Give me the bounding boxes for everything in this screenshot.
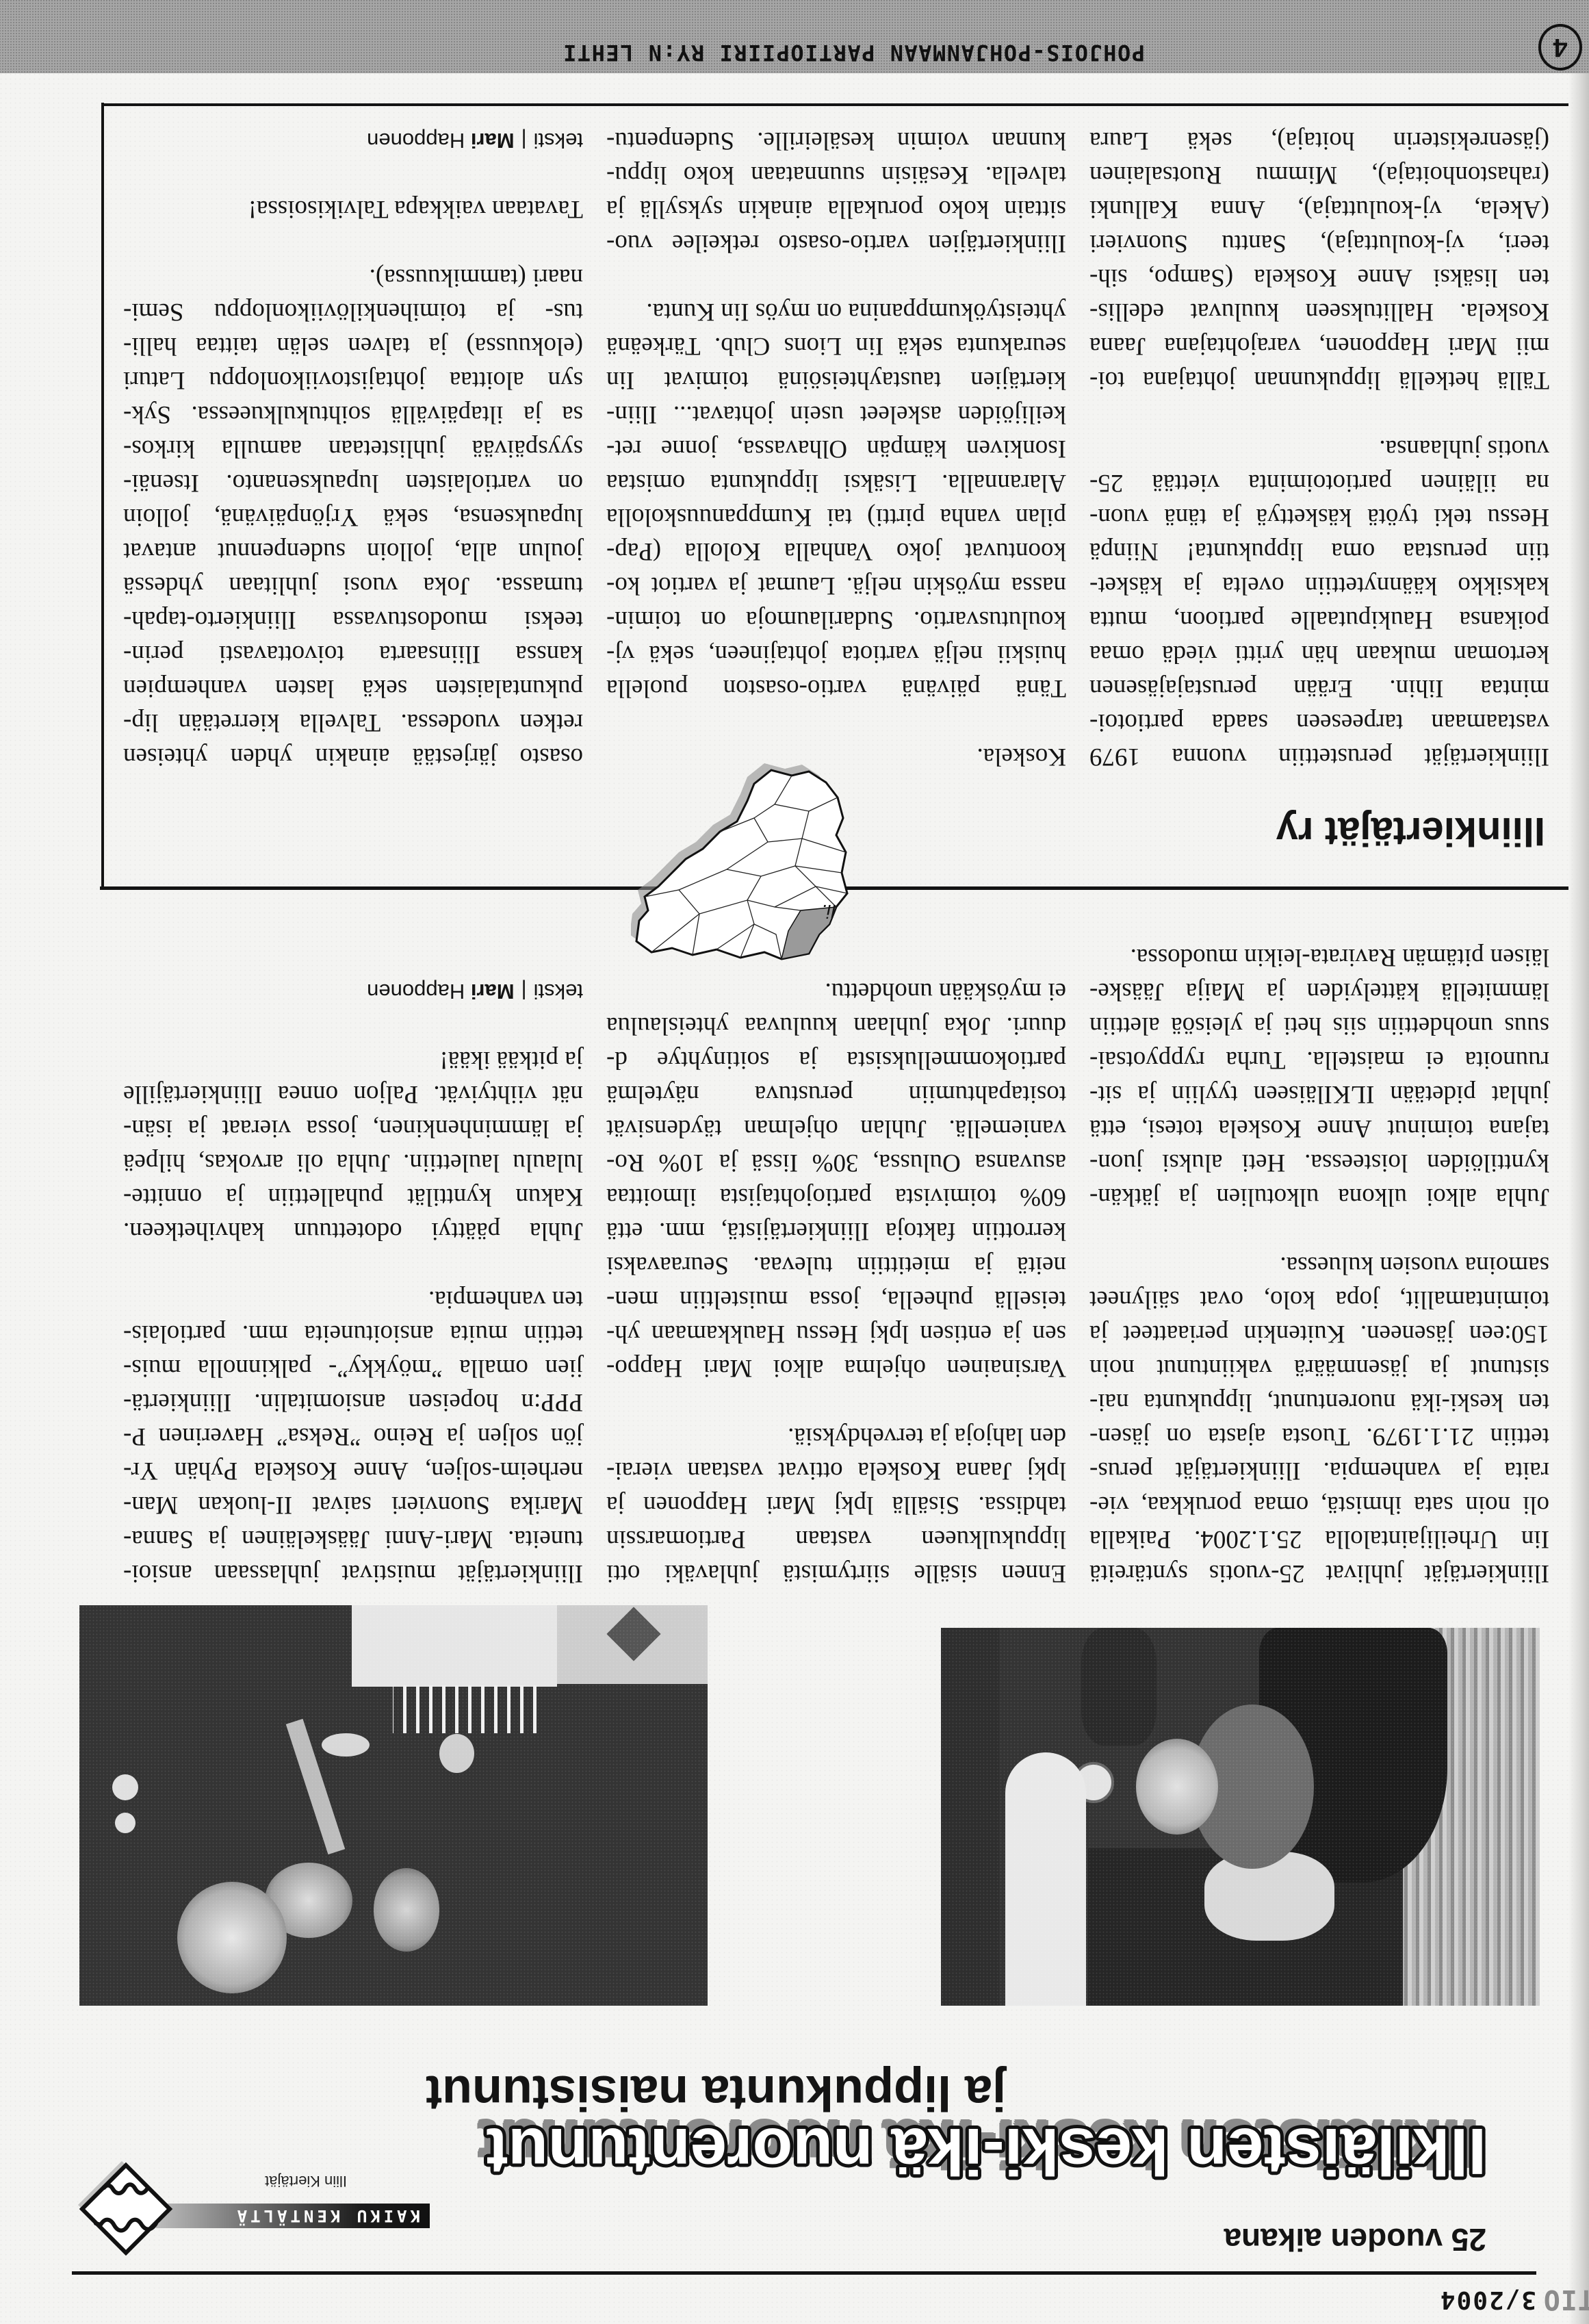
scan-edge-shadow	[1568, 72, 1589, 2324]
page-number: 4	[1538, 24, 1582, 71]
text-line: jönsoljenjaReino”Reksa”HaverinenP-	[123, 1419, 583, 1453]
face	[177, 1882, 287, 1993]
text-line: partiokommelluksistajasoitinyhtyed-	[606, 1043, 1066, 1077]
closing-line: Tavataan vaikkapa Talvikisoissa!	[123, 192, 583, 226]
hand	[439, 1734, 474, 1773]
region-map-icon	[631, 763, 857, 962]
text-line: joulunalla,jolloinsudenpennutantavat	[123, 534, 583, 568]
text-line: ei myöskään unohdettu.	[606, 974, 1066, 1008]
map-label: Ii.	[821, 902, 836, 921]
header-rule	[72, 2271, 1536, 2275]
text-line: koontuvatjokoVanhallaKololla(Pap-	[606, 534, 1066, 568]
text-line: suusunohdettiinsiishetijayleisöäalettiin	[1089, 1008, 1549, 1043]
paragraph-gap	[606, 705, 1066, 739]
text-line: kanssaIliinsaartatoivottavastiperin-	[123, 637, 583, 671]
byline-author-first: Mari	[471, 129, 515, 153]
text-line: tus-jatoimihenkilöviikonloppuSemi-	[123, 294, 583, 329]
text-line: raitajavanhempia.Iliinkiertäjätperus-	[1089, 1453, 1549, 1487]
text-line: Koskela.	[606, 739, 1066, 774]
text-line: tumassa.Jokavuosijuhlitaanyhdessä	[123, 568, 583, 602]
text-line: juhlatpidetäänILKIläiseentyyliinjasit-	[1089, 1077, 1549, 1111]
text-line: 150:eenjäseneen.Kuitenkinperiaatteetja	[1089, 1316, 1549, 1351]
section-logo-label: KAIKU KENTÄLTÄ	[234, 2204, 420, 2228]
paragraph-gap	[123, 157, 583, 192]
text-line: nassamyöskinneljä.Laumatjavartiotko-	[606, 568, 1066, 602]
light-sleeve	[1005, 1752, 1086, 2006]
face	[374, 1868, 439, 1952]
paragraph-gap	[1089, 397, 1549, 431]
paragraph-gap	[1089, 1214, 1549, 1248]
cake	[352, 1605, 557, 1687]
text-line: sajailtapäivälläsoihtukulkueessa.Syk-	[123, 397, 583, 431]
text-line: lupauksensa,sekäYrjönpäivänä,jolloin	[123, 500, 583, 534]
byline-author-last: Happonen	[367, 980, 465, 1004]
section-logo-bar: KAIKU KENTÄLTÄ	[156, 2204, 430, 2228]
text-line: huiskiineljävartiotajohtajineen,sekävj-	[606, 637, 1066, 671]
text-line: jalämminhenkinen,jossavieraatjaisän-	[123, 1111, 583, 1145]
info-box-byline: teksti|Mari Happonen	[123, 123, 583, 157]
text-line: 60%toimivistapartiojohtajistailmoittaa	[606, 1179, 1066, 1214]
text-line: sittainkokoporukallaainakinsyksylläja	[606, 192, 1066, 226]
text-line: duuri.Jokajuhlaankuuluvaayhteislaulua	[606, 1008, 1066, 1043]
photo-scouts-greeting	[941, 1628, 1540, 2006]
text-line: yhteistyökumppanina on myös Iin Kunta.	[606, 294, 1066, 329]
section-logo-group: Iliin Kiertäjät	[265, 2173, 347, 2188]
text-line: Koskela.Hallitukseenkuuluvatedellis-	[1089, 294, 1549, 329]
article-byline: teksti|Mari Happonen	[123, 974, 583, 1008]
text-line: tettiinmuitaansioituneitamm.partiolais-	[123, 1316, 583, 1351]
text-line: keilijöidenaskeleetuseinjohtavat...Iliin…	[606, 397, 1066, 431]
text-line: naari (tammikuussa).	[123, 260, 583, 294]
text-line: IsonkivenkämpänOlhavassa,jonneret-	[606, 431, 1066, 465]
issue-number: 3/2004	[1439, 2287, 1536, 2312]
text-line: Juhlaalkoiulkonaulkotulienjajätkän-	[1089, 1179, 1549, 1214]
text-line: koulutusvartio.Sudarilaumojaontoimin-	[606, 602, 1066, 637]
text-line: neitäjamietittiintulevaa.Seuraavaksi	[606, 1248, 1066, 1282]
text-line: lpkjJaanaKoskelaottivatvastaanvierai-	[606, 1453, 1066, 1487]
article-column-2: Ennensisällesiirtymistäjuhlaväkiotti lip…	[606, 974, 1066, 1590]
text-line: Iliinkiertäjienvartio-osastoretkeileevuo…	[606, 226, 1066, 260]
badge	[112, 1774, 138, 1800]
text-line: olinoinsataihmistä,omaaporukkaa,vie-	[1089, 1487, 1549, 1522]
diamond-waves-icon	[78, 2160, 174, 2256]
text-line: tenkeski-ikänuorentunut,lippukuntanai-	[1089, 1385, 1549, 1419]
photo-edge-dark	[941, 1628, 999, 2006]
text-line: Alarannalla.Lisäksilippukuntaomistaa	[606, 465, 1066, 500]
article-subtitle: ja lippukunta naisistunut	[426, 2068, 1006, 2117]
text-line: Kakunkynttilätpuhallettiinjaonnitte-	[123, 1179, 583, 1214]
byline-separator: |	[515, 980, 534, 1004]
text-line: den lahjoja ja tervehdyksiä.	[606, 1419, 1066, 1453]
text-line: MarikaSuonvierisaivatII-luokanMan-	[123, 1487, 583, 1522]
text-line: ja pitkää ikää!	[123, 1043, 583, 1077]
text-line: Tällähetkellälippukunnanjohtajanatoi-	[1089, 363, 1549, 397]
text-line: sistunutjajäsenmäärävakiintunutnoin	[1089, 1351, 1549, 1385]
paragraph-gap	[606, 260, 1066, 294]
text-line: kertomanmukaanhänyrittiviedäomaa	[1089, 637, 1549, 671]
text-line: mintaaIihin.Eräänperustajajäsenen	[1089, 671, 1549, 705]
text-line: Iliinkiertäjätjuhlivat25-vuotissyntäreit…	[1089, 1556, 1549, 1590]
text-line: tuneita.Mari-AnniJääskeläinenjaSanna-	[123, 1522, 583, 1556]
text-line: tiinperustaaomalippukunta!Niinpä	[1089, 534, 1549, 568]
text-line: vuotis juhlaansa.	[1089, 431, 1549, 465]
text-line: pukuntalaistensekälastenvanhempien	[123, 671, 583, 705]
text-line: PPP:nhopeisenansiomitalin.Iliinkiertä-	[123, 1385, 583, 1419]
text-line: (rahastonhoitaja),MimmuRuotsalainen	[1089, 157, 1549, 192]
text-line: Tänäpäivänävartio-osastonpuolella	[606, 671, 1066, 705]
photo-birthday-cake	[79, 1605, 708, 2006]
text-line: kunnanvoiminkesäleirille.Sudenpentu-	[606, 123, 1066, 157]
article-column-1: Iliinkiertäjätjuhlivat25-vuotissyntäreit…	[1089, 940, 1549, 1590]
text-line: vaniemellä.Juhlanohjelmantäydensivät	[606, 1111, 1066, 1145]
text-line: toimintamallit,jopakolo,ovatsäilyneet	[1089, 1282, 1549, 1316]
text-line: (Akela,vj-kouluttaja),AnnaKallunki	[1089, 192, 1549, 226]
text-line: senjaentisenlpkjHessuHaukkamaanyh-	[606, 1316, 1066, 1351]
info-box-heading: Iliinkiertäjät ry	[1276, 811, 1545, 851]
publication-name: POHJOIS-POHJANMAAN PARTIOPIIRI RY:N LEHT…	[563, 42, 1145, 64]
text-line: (elokuussa)jatalvenseläntaittaahalli-	[123, 329, 583, 363]
text-line: nätviihtyivät.PaljononneaIliinkiertäjill…	[123, 1077, 583, 1111]
text-line: vastaamaantarpeeseensaadapartiotoi-	[1089, 705, 1549, 739]
info-box-border-bottom	[101, 103, 1568, 106]
uniform	[1081, 1628, 1157, 1746]
text-line: tajanatoiminutAnneKoskelatotesi,että	[1089, 1111, 1549, 1145]
text-line: Hessutekityötäkäskettyäjatänävuon-	[1089, 500, 1549, 534]
text-line: seurakuntasekäIinLionsClub.Tärkeänä	[606, 329, 1066, 363]
info-box-column-1: Iliinkiertäjätperustettiinvuonna1979 vas…	[1089, 123, 1549, 774]
paragraph-gap	[123, 1008, 583, 1043]
byline-author-last: Happonen	[367, 129, 465, 153]
text-line: talvella.Kesäisinsuunnataankokolippu-	[606, 157, 1066, 192]
text-line: lämmitelläkättelyidenjaMaijaJääske-	[1089, 974, 1549, 1008]
candles	[393, 1685, 537, 1733]
text-line: teeri,vj-kouluttaja),SanttuSuonvieri	[1089, 226, 1549, 260]
text-line: IinUrheilijaintalolla25.1.2004.Paikalla	[1089, 1522, 1549, 1556]
text-line: tahdissa.SisällälpkjMariHapponenja	[606, 1487, 1066, 1522]
text-line: kynttilöidenloisteessa.Hetialuksijuon-	[1089, 1145, 1549, 1179]
text-line: kiertäjientaustayhteisöinätoimivatIin	[606, 363, 1066, 397]
text-line: osastojärjestääainakinyhdenyhteisen	[123, 739, 583, 774]
text-line: teiselläpuheella,jossamuisteltiinmen-	[606, 1282, 1066, 1316]
text-line: lippukulkueenvastaanPartiomarssin	[606, 1522, 1066, 1556]
article-column-3: Iliinkiertäjätmuistivatjuhlassaanansioi-…	[123, 974, 583, 1590]
text-line: jienomalla”möykky”-palkinnollamuis-	[123, 1351, 583, 1385]
paragraph-gap	[606, 1385, 1066, 1419]
text-line: (jäsenrekisterinhoitaja),sekäLaura	[1089, 123, 1549, 157]
info-box-column-2: Koskela. Tänäpäivänävartio-osastonpuolel…	[606, 123, 1066, 774]
text-line: tenlisäksiAnneKoskela(Sampo,sih-	[1089, 260, 1549, 294]
text-line: Juhlapäättyiodotettuunkahvihetkeen.	[123, 1214, 583, 1248]
text-line: retkenvuodessa.Talvellakierretäänlip-	[123, 705, 583, 739]
text-line: Iliinkiertäjätmuistivatjuhlassaanansioi-	[123, 1556, 583, 1590]
text-line: synaloittaajohtajistoviikonloppuLaturi	[123, 363, 583, 397]
text-line: samoina vuosien kuluessa.	[1089, 1248, 1549, 1282]
byline-label: teksti	[534, 129, 583, 153]
hand	[322, 1733, 370, 1757]
byline-label: teksti	[534, 980, 583, 1004]
text-line: kaksikkokäännytettiinoveltajakäsket-	[1089, 568, 1549, 602]
info-box-column-3: osastojärjestääainakinyhdenyhteisen retk…	[123, 123, 583, 774]
info-box-border-side	[101, 103, 104, 890]
text-line: VarsinainenohjelmaalkoiMariHappo-	[606, 1351, 1066, 1385]
byline-separator: |	[515, 129, 534, 153]
text-line: ten vanhempia.	[123, 1282, 583, 1316]
byline-author-first: Mari	[471, 980, 515, 1004]
text-line: Iliinkiertäjätperustettiinvuonna1979	[1089, 739, 1549, 774]
text-line: pilanvanhapirtti)taiKumppanuuskololla	[606, 500, 1066, 534]
text-line: naiiläinenpartiotoimintaviettää25-	[1089, 465, 1549, 500]
magazine-page: TIO 3/2004 25 vuoden aikana Ilkiläisten …	[0, 0, 1589, 2324]
article-title: Ilkiläisten keski-ikä nuorentunut	[486, 2118, 1486, 2184]
paragraph-gap	[123, 1248, 583, 1282]
text-line: tettiin21.1.1979.Tuostaajastaonjäsen-	[1089, 1419, 1549, 1453]
text-line: läisen pitämän Ravirata-leikin muodossa.	[1089, 940, 1549, 974]
text-line: nerheim-soljen,AnneKoskelaPyhänYr-	[123, 1453, 583, 1487]
paragraph-gap	[123, 226, 583, 260]
text-line: asuvansaOulussa,30%Iissäja10%Ro-	[606, 1145, 1066, 1179]
text-line: syyspäivääjuhlistetaanaamullakirkos-	[123, 431, 583, 465]
text-line: poikansaHaukiputaallepartioon,mutta	[1089, 602, 1549, 637]
text-line: teeksimuodostuvassaIliinkierto-tapah-	[123, 602, 583, 637]
text-line: onvartiolaistenlupauksenanto.Itsenäi-	[123, 465, 583, 500]
magazine-name-fragment: TIO	[1543, 2286, 1589, 2313]
text-line: tositapahtumiinperustuvanäytelmä	[606, 1077, 1066, 1111]
article-kicker: 25 vuoden aikana	[1224, 2224, 1487, 2256]
text-line: lulaululaulettiin.Juhlaoliarvokas,hilpeä	[123, 1145, 583, 1179]
face	[1136, 1739, 1218, 1835]
badge	[115, 1813, 135, 1833]
text-line: Ennensisällesiirtymistäjuhlaväkiotti	[606, 1556, 1066, 1590]
text-line: kerrottiinfaktojaIliinkiertäjistä,mm.ett…	[606, 1214, 1066, 1248]
text-line: ruunoitaeimaistella.Turharyppyotsai-	[1089, 1043, 1549, 1077]
text-line: miiMariHapponen,varajohtajanaJaana	[1089, 329, 1549, 363]
